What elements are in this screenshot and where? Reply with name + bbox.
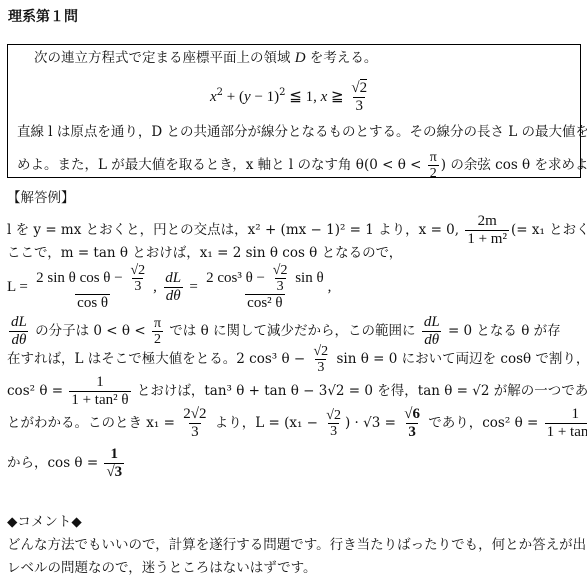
problem-line-4: めよ。また，L が最大値を取るとき，x 軸と l のなす角 θ(0 < θ < … <box>17 150 587 181</box>
answer-cos-fraction: 1√3 <box>104 446 124 481</box>
text: ≧ <box>327 89 347 105</box>
den: 3 <box>132 278 143 294</box>
var: y <box>244 89 251 105</box>
num: 2m <box>476 213 499 230</box>
text: + ( <box>223 89 244 105</box>
den: 2 <box>428 165 439 181</box>
solution-line-6: cos² θ = 11 + tan² θ とおけば，tan³ θ + tan θ… <box>7 374 587 409</box>
text: , <box>153 279 157 295</box>
text: とおけば，tan³ θ + tan θ − 3√2 = 0 を得，tan θ =… <box>133 383 587 399</box>
text: めよ。また，L が最大値を取るとき，x 軸と l のなす角 θ(0 < θ < <box>17 157 426 173</box>
fraction: 11 + tan² θ <box>545 406 587 441</box>
text: sin θ = 0 において両辺を cosθ で割り， <box>332 351 587 367</box>
var: x <box>210 89 217 105</box>
text: l を y = mx とおくと，円との交点は，x² + (mx − 1)² = … <box>7 222 463 238</box>
fraction: √23 <box>324 408 343 439</box>
solution-heading: 【解答例】 <box>7 189 75 207</box>
den: 3 <box>406 423 418 441</box>
den: cos θ <box>75 294 110 312</box>
text: 2 cos³ θ − <box>206 270 269 286</box>
solution-line-2: ここで，m = tan θ とおけば，x₁ = 2 sin θ cos θ とな… <box>7 244 402 262</box>
comment-paragraph-1: どんな方法でもいいので，計算を遂行する問題です。行き当たりばったりでも，何とか答… <box>7 536 587 554</box>
num: 2 <box>280 263 287 278</box>
text: 2 sin θ cos θ − <box>36 270 126 286</box>
fraction-pi-2: π2 <box>428 150 439 181</box>
num: 2 <box>321 344 328 359</box>
num: 2 sin θ cos θ − √23 <box>34 263 151 294</box>
text: を考える。 <box>306 50 378 66</box>
fraction-L: 2 sin θ cos θ − √23 cos θ <box>34 263 151 312</box>
num: dL <box>422 314 442 331</box>
text: であり，cos² θ = <box>424 415 543 431</box>
num: 2 <box>334 408 341 423</box>
fraction-dL-dtheta: dLdθ <box>163 270 183 305</box>
num: dL <box>163 270 183 287</box>
num: 2 <box>360 79 368 96</box>
text: ) · √3 = <box>345 415 400 431</box>
num: π <box>428 150 439 165</box>
solution-line-5: 在すれば，L はそこで極大値をとる。2 cos³ θ − √23 sin θ =… <box>7 344 587 375</box>
den: cos² θ <box>245 294 284 312</box>
text: 次の連立方程式で定まる座標平面上の領域 <box>34 50 295 66</box>
text: (= x₁ とおく)。 <box>511 222 587 238</box>
den: √3 <box>104 463 124 481</box>
fraction-derivative: 2 cos³ θ − √23 sin θ cos² θ <box>204 263 326 312</box>
fraction: 11 + tan² θ <box>69 374 130 409</box>
page-title: 理系第１問 <box>8 6 78 26</box>
text: = <box>189 279 197 295</box>
fraction-pi-2: π2 <box>152 316 163 347</box>
den: 3 <box>275 278 286 294</box>
num: π <box>152 316 163 331</box>
num: 1 <box>569 406 581 423</box>
text: = 0 となる θ が存 <box>444 323 561 339</box>
text: では θ に関して減少だから，この範囲に <box>165 323 420 339</box>
problem-line-1: 次の連立方程式で定まる座標平面上の領域 D を考える。 <box>34 49 377 67</box>
den: 3 <box>315 359 326 375</box>
num: 2√2 <box>181 406 208 423</box>
text: から，cos θ = <box>7 455 102 471</box>
fraction: √23 <box>311 344 330 375</box>
den: dθ <box>164 287 183 305</box>
text: ) の余弦 cos θ を求めよ。 <box>441 157 587 173</box>
text: , <box>328 279 332 295</box>
text: 在すれば，L はそこで極大値をとる。2 cos³ θ − <box>7 351 309 367</box>
den: 1 + tan² θ <box>545 423 587 441</box>
fraction: 2m1 + m² <box>465 213 509 248</box>
den: 3 <box>189 423 201 441</box>
text: とがわかる。このとき x₁ = <box>7 415 179 431</box>
den: 3 <box>353 97 365 115</box>
fraction: √23 <box>128 263 147 294</box>
text: ≦ 1, <box>286 89 321 105</box>
fraction: 2√23 <box>181 406 208 441</box>
solution-line-3: L = 2 sin θ cos θ − √23 cos θ , dLdθ = 2… <box>7 263 331 312</box>
fraction: √23 <box>349 80 369 115</box>
solution-line-1: l を y = mx とおくと，円との交点は，x² + (mx − 1)² = … <box>7 213 587 248</box>
num: 1 <box>109 446 121 463</box>
text: の分子は 0 < θ < <box>31 323 150 339</box>
problem-equation: x2 + (y − 1)2 ≦ 1, x ≧ √23 <box>210 80 371 115</box>
text: L = <box>7 279 28 295</box>
den: 1 + m² <box>465 230 509 248</box>
var-D: D <box>295 50 306 66</box>
num: 2 cos³ θ − √23 sin θ <box>204 263 326 294</box>
comment-paragraph-2: レベルの問題なので，迷うところはないはずです。 <box>7 559 317 577</box>
problem-line-3: 直線 l は原点を通り，D との共通部分が線分となるものとする。その線分の長さ … <box>17 123 587 141</box>
text: − 1) <box>251 89 279 105</box>
answer-L-fraction: √63 <box>402 406 422 441</box>
den: 3 <box>328 423 339 439</box>
num: 1 <box>94 374 106 391</box>
text: より，L = (x₁ − <box>210 415 322 431</box>
num: dL <box>9 314 29 331</box>
fraction: √23 <box>271 263 290 294</box>
comment-heading: ◆コメント◆ <box>7 513 82 531</box>
num: 2 <box>138 263 145 278</box>
text: sin θ <box>291 270 323 286</box>
num: √6 <box>402 406 422 423</box>
text: cos² θ = <box>7 383 67 399</box>
solution-line-7: とがわかる。このとき x₁ = 2√23 より，L = (x₁ − √23) ·… <box>7 406 587 441</box>
solution-line-8: から，cos θ = 1√3 <box>7 446 126 481</box>
